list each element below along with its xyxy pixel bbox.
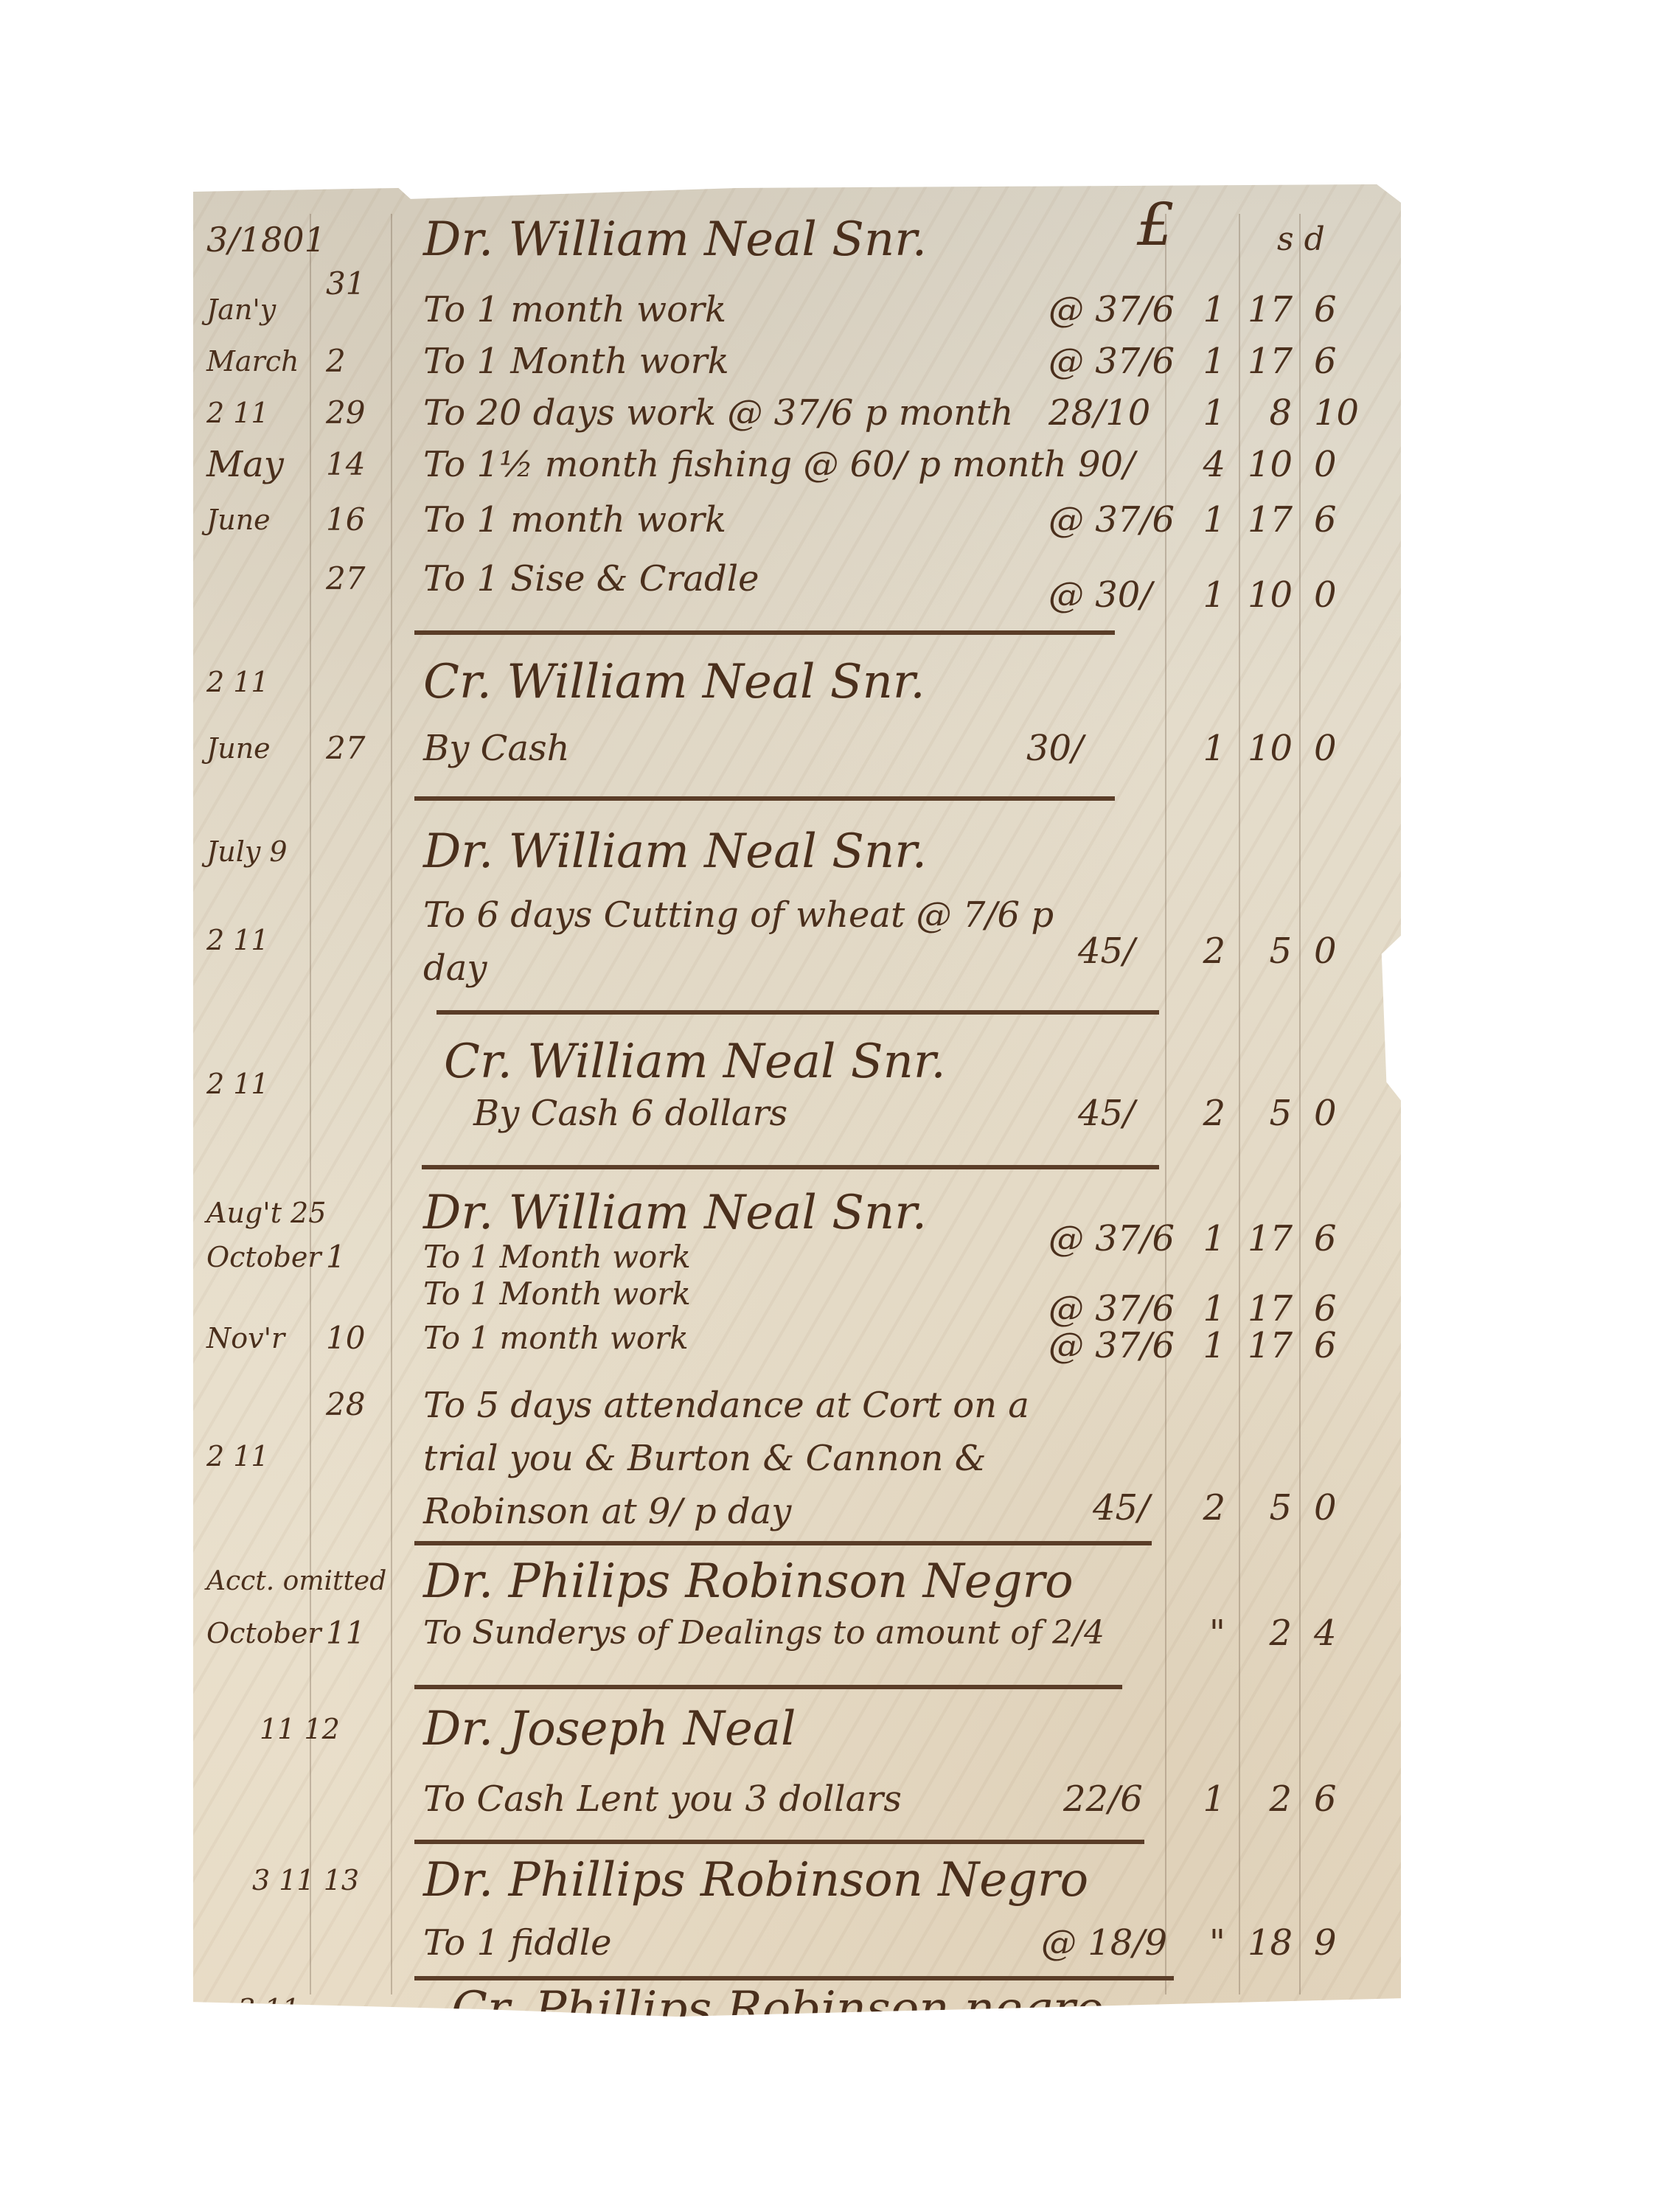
section-divider — [414, 630, 1115, 635]
ledger-entry: 27 To 1 Sise & Cradle @ 30/ 1 10 0 — [193, 553, 1401, 605]
entry-description: To 5 days attendance at Cort on a trial … — [423, 1379, 1072, 1538]
section-divider — [414, 1840, 1144, 1844]
entry-description: To 1 month work — [423, 284, 726, 335]
entry-pence: 0 — [1314, 569, 1358, 621]
account-heading: Cr. Phillips Robinson negro — [451, 1983, 1104, 2035]
ledger-entry: By Cash 6 dollars 45/ 2 5 0 — [193, 1088, 1401, 1139]
account-heading: Cr. William Neal Snr. — [423, 656, 925, 708]
account-heading: Dr. William Neal Snr. — [423, 214, 927, 265]
account-heading: Dr. William Neal Snr. — [423, 826, 927, 877]
margin-ref: July 9 — [206, 826, 288, 877]
ledger-entry: 2 11 29 To 20 days work @ 37/6 p month 2… — [193, 387, 1401, 439]
entry-pence: 0 — [1314, 1482, 1358, 1534]
entry-shillings: 10 — [1248, 439, 1292, 490]
section-divider — [437, 1010, 1159, 1015]
entry-rate: @ 37/6 — [1048, 1213, 1175, 1265]
entry-description: To Sunderys of Dealings to amount of 2/4 — [423, 1607, 1105, 1659]
ledger-entry: June 16 To 1 month work @ 37/6 1 17 6 — [193, 494, 1401, 546]
entry-description: To 1 month work — [423, 494, 726, 546]
ledger-entry: May 14 To 1½ month fishing @ 60/ p month… — [193, 439, 1401, 490]
entry-month: Nov'r — [206, 1312, 285, 1364]
entry-pounds: 1 — [1189, 387, 1225, 439]
account-heading-row: 11 12 Dr. Joseph Neal — [193, 1703, 1401, 1755]
entry-day: 29 — [326, 387, 365, 439]
entry-pounds: 1 — [1189, 494, 1225, 546]
entry-shillings: 2 — [1248, 1773, 1292, 1825]
account-heading-row: 3 11 13 Dr. Phillips Robinson Negro — [193, 1854, 1401, 1906]
entry-pounds: 1 — [1189, 723, 1225, 774]
entry-shillings: 17 — [1248, 335, 1292, 387]
entry-shillings: 5 — [1248, 1482, 1292, 1534]
entry-shillings: 10 — [1248, 723, 1292, 774]
entry-pence: 6 — [1314, 1773, 1358, 1825]
entry-day: 11 — [326, 1607, 365, 1659]
entry-rate: 30/ — [1026, 723, 1083, 774]
entry-shillings: 17 — [1248, 1320, 1292, 1371]
year-note: 3/1801 — [206, 214, 326, 265]
account-heading-row: 2 11 Cr. William Neal Snr. — [193, 1036, 1401, 1088]
entry-pounds: 2 — [1189, 1482, 1225, 1534]
entry-description: To 1 Month work — [423, 335, 729, 387]
entry-day: 10 — [326, 1312, 365, 1364]
entry-description: To 1 Sise & Cradle — [423, 553, 759, 605]
entry-month: May — [206, 439, 284, 490]
entry-shillings: 18 — [1248, 1917, 1292, 1969]
entry-shillings: 10 — [1248, 569, 1292, 621]
entry-pence: 6 — [1314, 284, 1358, 335]
entry-shillings: 5 — [1248, 925, 1292, 977]
entry-day: 28 — [326, 1379, 365, 1430]
entry-description: To 1 fiddle — [423, 1917, 611, 1969]
entry-pence: 0 — [1314, 925, 1358, 977]
entry-rate: 45/ — [1093, 1482, 1150, 1534]
ledger-entry: October 11 To Sunderys of Dealings to am… — [193, 1607, 1401, 1659]
entry-rate: @ 37/6 — [1048, 1320, 1175, 1371]
account-heading-row: Acct. omitted Dr. Philips Robinson Negro — [193, 1556, 1401, 1607]
ledger-entry: Jan'y 31 To 1 month work @ 37/6 1 17 6 — [193, 284, 1401, 335]
entry-month: Jan'y — [206, 284, 276, 335]
entry-rate: @ 37/6 — [1048, 494, 1175, 546]
entry-description: To 6 days Cutting of wheat @ 7/6 p day — [423, 888, 1057, 995]
entry-day: 31 — [326, 258, 365, 310]
entry-pounds: 4 — [1189, 439, 1225, 490]
section-divider — [414, 1541, 1152, 1545]
ledger-entry: March 2 To 1 Month work @ 37/6 1 17 6 — [193, 335, 1401, 387]
entry-day: 27 — [326, 553, 365, 605]
entry-shillings: 5 — [1248, 1088, 1292, 1139]
ledger-entry: To 1 fiddle @ 18/9 " 18 9 — [193, 1917, 1401, 1969]
ledger-entry: Nov'r 10 To 1 month work @ 37/6 1 17 6 — [193, 1312, 1401, 1364]
entry-month: October — [206, 1607, 321, 1659]
entry-rate: 22/6 — [1063, 1773, 1143, 1825]
section-divider — [414, 796, 1115, 801]
ledger-entry: 2 11 28 To 5 days attendance at Cort on … — [193, 1379, 1401, 1541]
entry-month: 2 11 — [206, 914, 269, 966]
entry-pence: 6 — [1314, 1320, 1358, 1371]
entry-shillings: 2 — [1248, 1607, 1292, 1659]
ledger-page: 3/1801 Dr. William Neal Snr. £ s d Jan'y… — [193, 184, 1401, 2017]
entry-shillings: 17 — [1248, 284, 1292, 335]
entry-pence: 6 — [1314, 1213, 1358, 1265]
entry-pounds: 1 — [1189, 335, 1225, 387]
pounds-column-symbol: £ — [1137, 199, 1175, 251]
entry-description: By Cash 6 dollars — [473, 1088, 787, 1139]
margin-ref: 3 11 13 — [252, 1854, 359, 1906]
entry-pence: 4 — [1314, 1607, 1358, 1659]
account-heading: Dr. Philips Robinson Negro — [423, 1556, 1074, 1607]
entry-pounds: 1 — [1189, 1773, 1225, 1825]
entry-month: 2 11 — [206, 1430, 269, 1482]
entry-day: 27 — [326, 723, 365, 774]
entry-pounds: 1 — [1189, 1320, 1225, 1371]
entry-rate: 90/ — [1078, 439, 1135, 490]
entry-description: To 1 month work — [423, 1312, 689, 1364]
margin-ref: 11 12 — [260, 1703, 340, 1755]
section-divider — [422, 1165, 1159, 1169]
ledger-entry: To Cash Lent you 3 dollars 22/6 1 2 6 — [193, 1773, 1401, 1825]
ledger-header: 3/1801 Dr. William Neal Snr. £ s d — [193, 214, 1401, 265]
ledger-entry: 2 11 To 6 days Cutting of wheat @ 7/6 p … — [193, 888, 1401, 992]
account-heading: Dr. Joseph Neal — [423, 1703, 796, 1755]
entry-pounds: 2 — [1189, 1088, 1225, 1139]
shillings-pence-header: s d — [1277, 214, 1325, 265]
entry-rate: @ 37/6 — [1048, 284, 1175, 335]
entry-day: 14 — [326, 439, 365, 490]
entry-month: March — [206, 335, 299, 387]
entry-pounds: 1 — [1189, 1213, 1225, 1265]
entry-rate: 45/ — [1078, 925, 1135, 977]
entry-pounds: " — [1189, 1917, 1225, 1969]
entry-shillings: 17 — [1248, 494, 1292, 546]
entry-rate: @ 30/ — [1048, 569, 1152, 621]
entry-description: By Cash — [423, 723, 570, 774]
entry-month: June — [206, 723, 271, 774]
margin-ref: 2 11 — [206, 656, 269, 708]
entry-description: To 20 days work @ 37/6 p month — [423, 387, 1013, 439]
account-heading-row: 3 11 Cr. Phillips Robinson negro — [193, 1983, 1401, 2035]
entry-pence: 10 — [1314, 387, 1358, 439]
entry-rate: @ 37/6 — [1048, 335, 1175, 387]
entry-pounds: 2 — [1189, 925, 1225, 977]
entry-pounds: " — [1189, 1607, 1225, 1659]
entry-pence: 6 — [1314, 335, 1358, 387]
entry-month: 2 11 — [206, 387, 269, 439]
section-divider — [414, 1685, 1122, 1689]
entry-pence: 9 — [1314, 1917, 1358, 1969]
margin-ref: Acct. omitted — [206, 1556, 386, 1607]
entry-day: 16 — [326, 494, 365, 546]
entry-pence: 6 — [1314, 494, 1358, 546]
entry-rate: 45/ — [1078, 1088, 1135, 1139]
entry-pence: 0 — [1314, 1088, 1358, 1139]
ledger-entry: June 27 By Cash 30/ 1 10 0 — [193, 723, 1401, 774]
entry-pence: 0 — [1314, 439, 1358, 490]
entry-shillings: 8 — [1248, 387, 1292, 439]
entry-pence: 0 — [1314, 723, 1358, 774]
account-heading-row: 2 11 Cr. William Neal Snr. — [193, 656, 1401, 708]
entry-pounds: 1 — [1189, 569, 1225, 621]
entry-description: To 1½ month fishing @ 60/ p month — [423, 439, 1067, 490]
entry-description: To Cash Lent you 3 dollars — [423, 1773, 902, 1825]
entry-day: 2 — [326, 335, 346, 387]
entry-rate: 28/10 — [1048, 387, 1150, 439]
entry-shillings: 17 — [1248, 1213, 1292, 1265]
account-heading-row: July 9 Dr. William Neal Snr. — [193, 826, 1401, 877]
entry-rate: @ 18/9 — [1041, 1917, 1167, 1969]
margin-ref: 3 11 — [237, 1983, 300, 2035]
entry-month: June — [206, 494, 271, 546]
account-heading: Cr. William Neal Snr. — [444, 1036, 946, 1088]
section-divider — [414, 1976, 1174, 1980]
account-heading: Dr. Phillips Robinson Negro — [423, 1854, 1088, 1906]
entry-pounds: 1 — [1189, 284, 1225, 335]
